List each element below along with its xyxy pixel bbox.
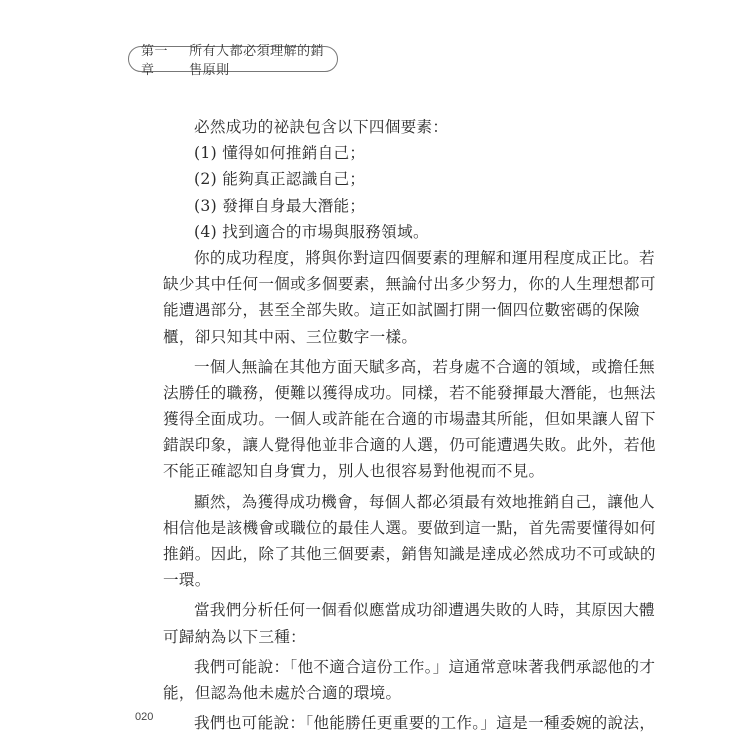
paragraph-line: 我們也可能說：「他能勝任更重要的工作。」這是一種委婉的說法，: [163, 710, 567, 736]
list-item: (2) 能夠真正認識自己；: [163, 166, 567, 192]
paragraph-line: 能，但認為他未處於合適的環境。: [163, 680, 567, 706]
paragraph-line: 我們可能說：「他不適合這份工作。」這通常意味著我們承認他的才: [163, 654, 567, 680]
paragraph: 你的成功程度，將與你對這四個要素的理解和運用程度成正比。若 缺少其中任何一個或多…: [163, 245, 567, 350]
chapter-number: 第一章: [141, 40, 175, 78]
paragraph-line: 推銷。因此，除了其他三個要素，銷售知識是達成必然成功不可或缺的: [163, 541, 567, 567]
intro-line: 必然成功的祕訣包含以下四個要素：: [163, 114, 567, 140]
paragraph-line: 可歸納為以下三種：: [163, 624, 567, 650]
paragraph: 一個人無論在其他方面天賦多高，若身處不合適的領域，或擔任無 法勝任的職務，便難以…: [163, 354, 567, 485]
paragraph: 顯然，為獲得成功機會，每個人都必須最有效地推銷自己，讓他人 相信他是該機會或職位…: [163, 489, 567, 594]
page-number: 020: [135, 711, 153, 723]
paragraph-line: 顯然，為獲得成功機會，每個人都必須最有效地推銷自己，讓他人: [163, 489, 567, 515]
body-text: 必然成功的祕訣包含以下四個要素： (1) 懂得如何推銷自己； (2) 能夠真正認…: [163, 114, 567, 736]
paragraph-line: 一個人無論在其他方面天賦多高，若身處不合適的領域，或擔任無: [163, 354, 567, 380]
paragraph-line: 獲得全面成功。一個人或許能在合適的市場盡其所能，但如果讓人留下: [163, 406, 567, 432]
list-item: (4) 找到適合的市場與服務領域。: [163, 219, 567, 245]
paragraph-line: 缺少其中任何一個或多個要素，無論付出多少努力，你的人生理想都可: [163, 271, 567, 297]
list-item: (1) 懂得如何推銷自己；: [163, 140, 567, 166]
paragraph-line: 法勝任的職務，便難以獲得成功。同樣，若不能發揮最大潛能，也無法: [163, 380, 567, 406]
paragraph-line: 不能正確認知自身實力，別人也很容易對他視而不見。: [163, 458, 567, 484]
paragraph-line: 能遭遇部分，甚至全部失敗。這正如試圖打開一個四位數密碼的保險: [163, 297, 567, 323]
paragraph-line: 櫃，卻只知其中兩、三位數字一樣。: [163, 324, 567, 350]
chapter-title: 所有人都必須理解的銷售原則: [189, 40, 337, 78]
list-item: (3) 發揮自身最大潛能；: [163, 193, 567, 219]
paragraph-line: 你的成功程度，將與你對這四個要素的理解和運用程度成正比。若: [163, 245, 567, 271]
chapter-header-tab: 第一章 所有人都必須理解的銷售原則: [128, 46, 338, 72]
paragraph-line: 當我們分析任何一個看似應當成功卻遭遇失敗的人時，其原因大體: [163, 597, 567, 623]
paragraph-line: 相信他是該機會或職位的最佳人選。要做到這一點，首先需要懂得如何: [163, 515, 567, 541]
paragraph: 我們也可能說：「他能勝任更重要的工作。」這是一種委婉的說法，: [163, 710, 567, 736]
paragraph-line: 一環。: [163, 567, 567, 593]
paragraph-line: 錯誤印象，讓人覺得他並非合適的人選，仍可能遭遇失敗。此外，若他: [163, 432, 567, 458]
paragraph: 當我們分析任何一個看似應當成功卻遭遇失敗的人時，其原因大體 可歸納為以下三種：: [163, 597, 567, 649]
paragraph: 我們可能說：「他不適合這份工作。」這通常意味著我們承認他的才 能，但認為他未處於…: [163, 654, 567, 706]
